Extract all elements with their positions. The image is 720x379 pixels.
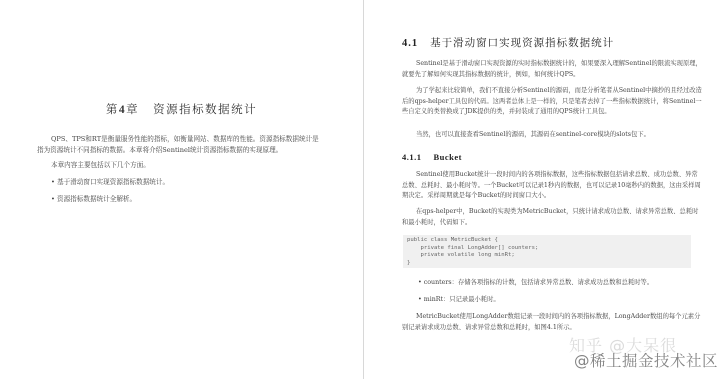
chapter-name: 资源指标数据统计	[153, 102, 257, 116]
chapter-suffix: 章	[126, 102, 139, 116]
chapter-bullet-1: 基于滑动窗口实现资源指标数据统计。	[37, 177, 323, 188]
chapter-intro-paragraph: QPS、TPS和RT是衡量服务性能的指标，如衡量网站、数据库的性能。资源指标数据…	[37, 134, 323, 155]
subsection-paragraph-1: Sentinel使用Bucket统计一段时间内的各项指标数据，这些指标数据包括请…	[402, 170, 702, 202]
section-name: 基于滑动窗口实现资源指标数据统计	[430, 37, 614, 49]
subsection-name: Bucket	[434, 152, 463, 162]
subsection-paragraph-2: 在qps-helper中，Bucket的实现类为MetricBucket，只统计…	[402, 207, 702, 228]
closing-paragraph: MetricBucket使用LongAdder数组记录一段时间内的各项指标数据，…	[402, 312, 702, 333]
section-number: 4.1	[402, 38, 418, 49]
field-bullet-counters: counters：存储各项指标的计数，包括请求异常总数、请求成功总数和总耗时等。	[418, 278, 718, 289]
left-page	[0, 0, 363, 379]
field-bullet-minrt: minRt：只记录最小耗时。	[418, 295, 718, 306]
chapter-contents-intro: 本章内容主要包括以下几个方面。	[37, 160, 323, 171]
chapter-prefix: 第	[106, 102, 119, 116]
section-title: 4.1基于滑动窗口实现资源指标数据统计	[402, 35, 614, 50]
book-spread: 第4章资源指标数据统计 QPS、TPS和RT是衡量服务性能的指标，如衡量网站、数…	[0, 0, 720, 379]
section-paragraph-3: 当然，也可以直接查看Sentinel的源码，其源码在sentinel-core模…	[402, 130, 702, 141]
subsection-title: 4.1.1Bucket	[402, 152, 462, 162]
code-block: public class MetricBucket { private fina…	[403, 235, 691, 268]
juejin-watermark: @稀土掘金技术社区	[574, 349, 718, 371]
chapter-title: 第4章资源指标数据统计	[0, 101, 363, 117]
chapter-bullet-2: 资源指标数据统计全解析。	[37, 194, 323, 205]
section-paragraph-1: Sentinel是基于滑动窗口实现资源的实时指标数据统计的，如果要深入理解Sen…	[402, 59, 702, 80]
subsection-number: 4.1.1	[402, 152, 422, 162]
section-paragraph-2: 为了学起来比较简单，我们不直接分析Sentinel的源码，而是分析笔者从Sent…	[402, 86, 702, 118]
